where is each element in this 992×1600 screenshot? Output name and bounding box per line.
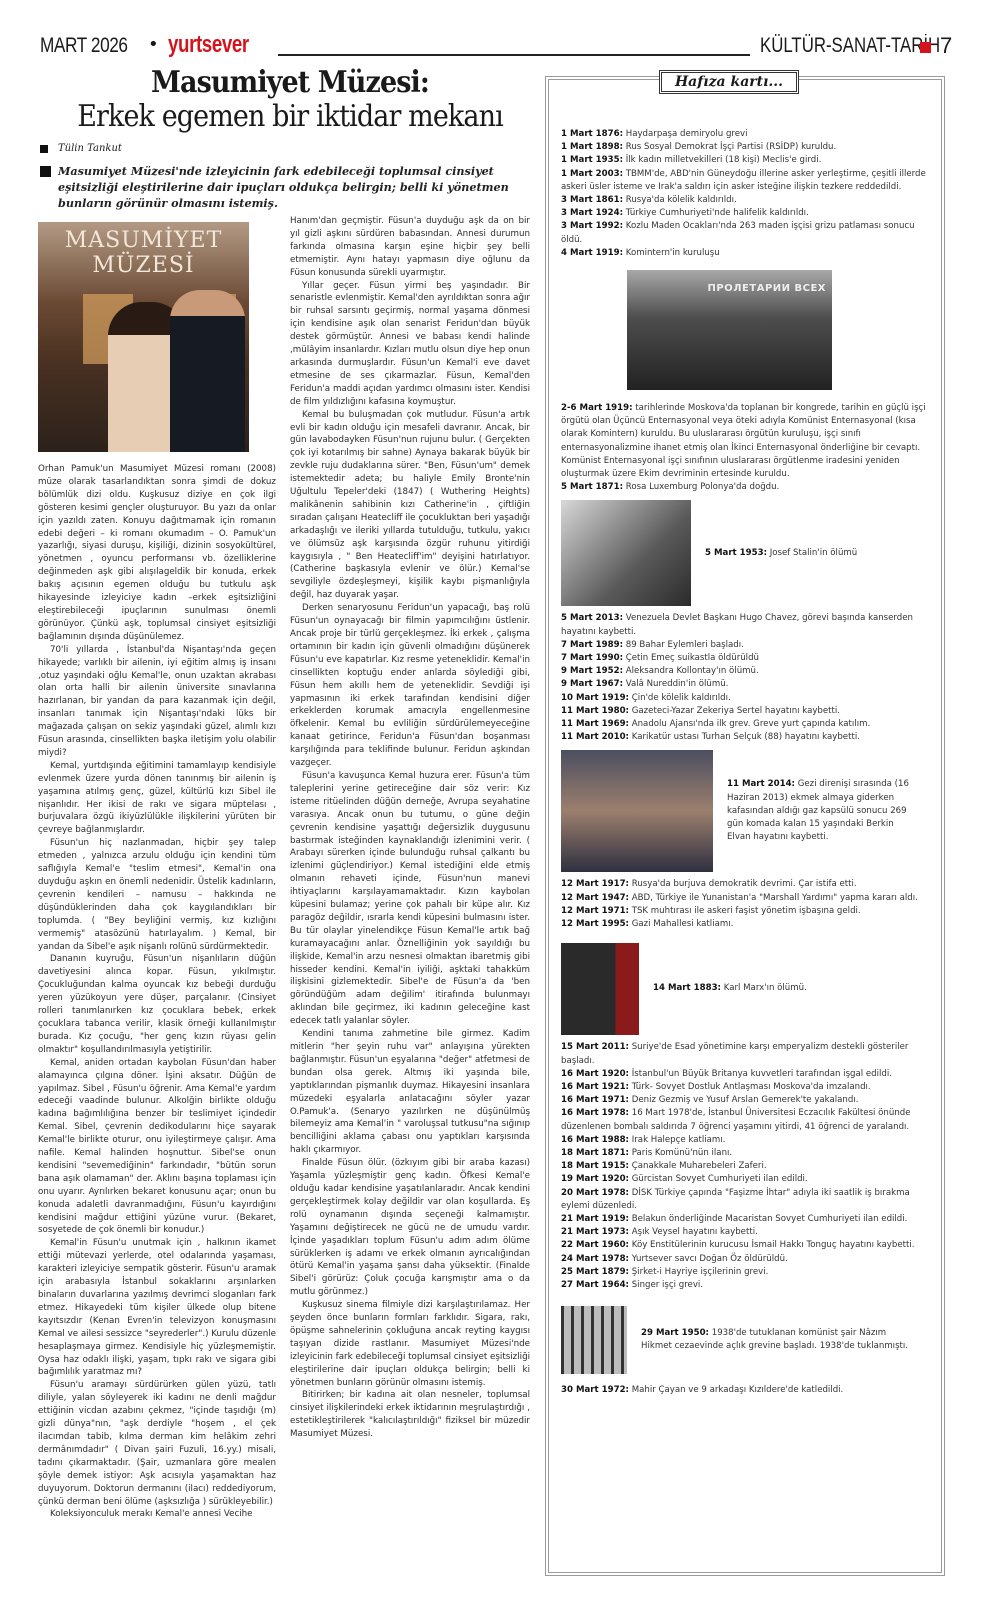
event-date: 11 Mart 1980:: [561, 706, 629, 716]
nazim-hikmet-prison-photo: [561, 1306, 627, 1374]
section-name: KÜLTÜR-SANAT-TARİH: [760, 34, 940, 58]
event-date: 12 Mart 1995:: [561, 919, 629, 929]
timeline-item: 22 Mart 1960: Köy Enstitülerinin kurucus…: [561, 1239, 931, 1252]
timeline-item: 11 Mart 1980: Gazeteci-Yazar Zekeriya Se…: [561, 705, 931, 718]
issue-date: MART 2026: [40, 34, 128, 58]
poster-title-line-2: MÜZESİ: [38, 253, 249, 278]
timeline-item: 3 Mart 1924: Türkiye Cumhuriyeti'nde hal…: [561, 207, 931, 220]
timeline-item: 15 Mart 2011: Suriye'de Esad yönetimine …: [561, 1041, 931, 1067]
event-date: 21 Mart 1973:: [561, 1227, 629, 1237]
timeline-item: 18 Mart 1915: Çanakkale Muharebeleri Zaf…: [561, 1160, 931, 1173]
event-text: Rusya'da burjuva demokratik devrimi. Çar…: [629, 879, 857, 889]
event-date: 3 Mart 1924:: [561, 208, 623, 218]
event-text: Irak Halepçe katliamı.: [629, 1135, 725, 1145]
publication-logo: yurtsever: [168, 31, 249, 59]
event-date: 1 Mart 1876:: [561, 129, 623, 139]
event-date: 16 Mart 1971:: [561, 1095, 629, 1105]
stalin-entry: 5 Mart 1953: Josef Stalin'in ölümü: [561, 500, 931, 606]
paragraph: Orhan Pamuk'un Masumiyet Müzesi romanı (…: [38, 463, 276, 644]
timeline-item: 16 Mart 1978: 16 Mart 1978'de, İstanbul …: [561, 1107, 931, 1133]
paragraph: Kuşkusuz sinema filmiyle dizi karşılaştı…: [290, 1299, 530, 1389]
event-text: ABD, Türkiye ile Yunanistan'a "Marshall …: [629, 893, 918, 903]
timeline-item: 11 Mart 2010: Karikatür ustası Turhan Se…: [561, 731, 931, 744]
timeline-item: 5 Mart 1871: Rosa Luxemburg Polonya'da d…: [561, 481, 931, 494]
event-text: Rosa Luxemburg Polonya'da doğdu.: [623, 482, 779, 492]
berkin-elvan-photo: [561, 750, 713, 872]
timeline-item: 16 Mart 1921: Türk- Sovyet Dostluk Antla…: [561, 1081, 931, 1094]
event-date: 1 Mart 1935:: [561, 155, 623, 165]
event-text: İlk kadın milletvekilleri (18 kişi) Mecl…: [623, 155, 821, 165]
timeline-item: 16 Mart 1988: Irak Halepçe katliamı.: [561, 1134, 931, 1147]
timeline-item: 19 Mart 1920: Gürcistan Sovyet Cumhuriye…: [561, 1173, 931, 1186]
event-date: 5 Mart 1871:: [561, 482, 623, 492]
memory-card-sidebar: Hafıza kartı... 1 Mart 1876: Haydarpaşa …: [545, 76, 945, 1576]
timeline-item: 12 Mart 1971: TSK muhtırası ile askeri f…: [561, 905, 931, 918]
header-rule: [278, 54, 750, 56]
timeline-item: 5 Mart 1953: Josef Stalin'in ölümü: [691, 547, 857, 560]
event-text: Çetin Emeç suikastla öldürüldü: [623, 653, 759, 663]
event-date: 4 Mart 1919:: [561, 248, 623, 258]
timeline-item: 14 Mart 1883: Karl Marx'ın ölümü.: [639, 982, 807, 995]
event-date: 18 Mart 1915:: [561, 1161, 629, 1171]
event-date: 12 Mart 1971:: [561, 906, 629, 916]
timeline-item: 1 Mart 2003: TBMM'de, ABD'nin Güneydoğu …: [561, 168, 931, 194]
timeline-item: 11 Mart 1969: Anadolu Ajansı'nda ilk gre…: [561, 718, 931, 731]
marx-entry: 14 Mart 1883: Karl Marx'ın ölümü.: [561, 943, 931, 1035]
page-number: 7: [940, 33, 952, 59]
poster-figure-man: [170, 290, 245, 452]
paragraph: Derken senaryosunu Feridun'un yapacağı, …: [290, 602, 530, 770]
poster-title-line-1: MASUMİYET: [38, 228, 249, 253]
red-square-icon: [920, 42, 931, 53]
event-text: Paris Komünü'nün ilanı.: [629, 1148, 732, 1158]
poster-title: MASUMİYET MÜZESİ: [38, 228, 249, 278]
banner-text: ПРОЛЕТАРИИ ВСЕХ: [708, 282, 826, 295]
event-date: 20 Mart 1978:: [561, 1188, 629, 1198]
event-text: tarihlerinde Moskova'da toplanan bir kon…: [561, 403, 926, 479]
paragraph: Koleksiyonculuk merakı Kemal'e annesi Ve…: [38, 1508, 276, 1521]
timeline-item: 16 Mart 1971: Deniz Gezmiş ve Yusuf Arsl…: [561, 1094, 931, 1107]
paragraph: Füsun'un hiç nazlanmadan, hiçbir şey tal…: [38, 837, 276, 953]
timeline-item: 7 Mart 1990: Çetin Emeç suikastla öldürü…: [561, 652, 931, 665]
timeline-item: 30 Mart 1972: Mahir Çayan ve 9 arkadaşı …: [561, 1384, 931, 1397]
timeline-item: 9 Mart 1967: Valâ Nureddin'in ölümü.: [561, 678, 931, 691]
byline: Tülin Tankut: [40, 143, 122, 154]
timeline-item: 12 Mart 1947: ABD, Türkiye ile Yunanista…: [561, 892, 931, 905]
nazim-hikmet-entry: 29 Mart 1950: 1938'de tutuklanan komünis…: [561, 1306, 931, 1374]
masthead: MART 2026 • yurtsever KÜLTÜR-SANAT-TARİH…: [40, 32, 955, 62]
comintern-congress-photo: ПРОЛЕТАРИИ ВСЕХ: [627, 270, 832, 390]
paragraph: Kemal'in Füsun'u unutmak için , halkının…: [38, 1237, 276, 1379]
event-text: Karikatür ustası Turhan Selçuk (88) haya…: [629, 732, 860, 742]
timeline-item: 12 Mart 1917: Rusya'da burjuva demokrati…: [561, 878, 931, 891]
event-text: Belakun önderliğinde Macaristan Sovyet C…: [629, 1214, 907, 1224]
event-text: 89 Bahar Eylemleri başladı.: [623, 640, 744, 650]
event-text: Gazeteci-Yazar Zekeriya Sertel hayatını …: [629, 706, 840, 716]
event-text: Valâ Nureddin'in ölümü.: [623, 679, 728, 689]
event-text: Çanakkale Muharebeleri Zaferi.: [629, 1161, 767, 1171]
timeline-item: 27 Mart 1964: Singer işçi grevi.: [561, 1279, 931, 1292]
event-date: 11 Mart 2014:: [727, 779, 795, 789]
event-date: 16 Mart 1978:: [561, 1108, 629, 1118]
timeline-item: 3 Mart 1992: Kozlu Maden Ocakları'nda 26…: [561, 220, 931, 246]
event-text: Aleksandra Kollontay'ın ölümü.: [623, 666, 759, 676]
lead-text: Masumiyet Müzesi'nde izleyicinin fark ed…: [58, 163, 525, 211]
paragraph: Kendini tanıma zahmetine bile girmez. Ka…: [290, 1028, 530, 1157]
timeline-item: 21 Mart 1973: Aşık Veysel hayatını kaybe…: [561, 1226, 931, 1239]
event-date: 11 Mart 2010:: [561, 732, 629, 742]
article-column-2: Hanım'dan geçmiştir. Füsun'a duyduğu aşk…: [290, 215, 530, 1441]
series-poster-image: MASUMİYET MÜZESİ: [38, 222, 249, 452]
event-date: 25 Mart 1879:: [561, 1267, 629, 1277]
event-date: 9 Mart 1967:: [561, 679, 623, 689]
event-date: 18 Mart 1871:: [561, 1148, 629, 1158]
event-text: Gürcistan Sovyet Cumhuriyeti ilan edildi…: [629, 1174, 808, 1184]
timeline-item: 25 Mart 1879: Şirket-i Hayriye işçilerin…: [561, 1266, 931, 1279]
event-date: 21 Mart 1919:: [561, 1214, 629, 1224]
event-date: 24 Mart 1978:: [561, 1254, 629, 1264]
event-text: Haydarpaşa demiryolu grevi: [623, 129, 748, 139]
timeline-item: 10 Mart 1919: Çin'de kölelik kaldırıldı.: [561, 692, 931, 705]
paragraph: Hanım'dan geçmiştir. Füsun'a duyduğu aşk…: [290, 215, 530, 280]
timeline-item: 1 Mart 1876: Haydarpaşa demiryolu grevi: [561, 128, 931, 141]
event-date: 12 Mart 1947:: [561, 893, 629, 903]
event-text: Rus Sosyal Demokrat İşçi Partisi (RSİDP)…: [623, 142, 836, 152]
event-text: Yurtsever savcı Doğan Öz öldürüldü.: [629, 1254, 788, 1264]
paragraph: Dananın kuyruğu, Füsun'un nişanlıların d…: [38, 953, 276, 1056]
timeline-item: 29 Mart 1950: 1938'de tutuklanan komünis…: [627, 1327, 911, 1353]
paragraph: Kemal, aniden ortadan kaybolan Füsun'dan…: [38, 1057, 276, 1238]
event-text: Rusya'da kölelik kaldırıldı.: [623, 195, 737, 205]
event-date: 1 Mart 1898:: [561, 142, 623, 152]
timeline-item: 2-6 Mart 1919: tarihlerinde Moskova'da t…: [561, 402, 931, 481]
event-text: Çin'de kölelik kaldırıldı.: [629, 693, 731, 703]
paragraph: Kemal, yurtdışında eğitimini tamamlayıp …: [38, 760, 276, 837]
event-text: Deniz Gezmiş ve Yusuf Arslan Gemerek'te …: [629, 1095, 858, 1105]
event-date: 5 Mart 2013:: [561, 613, 623, 623]
timeline-item: 9 Mart 1952: Aleksandra Kollontay'ın ölü…: [561, 665, 931, 678]
event-date: 16 Mart 1921:: [561, 1082, 629, 1092]
bullet-separator: •: [148, 34, 159, 55]
timeline-item: 21 Mart 1919: Belakun önderliğinde Macar…: [561, 1213, 931, 1226]
event-date: 14 Mart 1883:: [653, 983, 721, 993]
event-text: İstanbul'un Büyük Britanya kuvvetleri ta…: [629, 1069, 892, 1079]
square-bullet-icon: [40, 145, 48, 153]
timeline-item: 5 Mart 2013: Venezuela Devlet Başkanı Hu…: [561, 612, 931, 638]
event-date: 16 Mart 1920:: [561, 1069, 629, 1079]
event-date: 29 Mart 1950:: [641, 1328, 709, 1338]
article-lead: Masumiyet Müzesi'nde izleyicinin fark ed…: [40, 163, 525, 211]
event-date: 3 Mart 1861:: [561, 195, 623, 205]
timeline-item: 4 Mart 1919: Komintern'in kuruluşu: [561, 247, 931, 260]
event-date: 7 Mart 1989:: [561, 640, 623, 650]
event-date: 3 Mart 1992:: [561, 221, 623, 231]
timeline-item: 1 Mart 1898: Rus Sosyal Demokrat İşçi Pa…: [561, 141, 931, 154]
event-text: Anadolu Ajansı'nda ilk grev. Greve yurt …: [629, 719, 870, 729]
event-text: Karl Marx'ın ölümü.: [721, 983, 807, 993]
timeline-item: 18 Mart 1871: Paris Komünü'nün ilanı.: [561, 1147, 931, 1160]
event-date: 2-6 Mart 1919:: [561, 403, 633, 413]
timeline-list: 1 Mart 1876: Haydarpaşa demiryolu grevi1…: [561, 128, 931, 1397]
paragraph: Füsun'u aramayı sürdürürken gülen yüzü, …: [38, 1379, 276, 1508]
paragraph: Finalde Füsun ölür. (özkıyım gibi bir ar…: [290, 1157, 530, 1299]
article-column-1: Orhan Pamuk'un Masumiyet Müzesi romanı (…: [38, 463, 276, 1521]
event-date: 10 Mart 1919:: [561, 693, 629, 703]
event-text: Mahir Çayan ve 9 arkadaşı Kızıldere'de k…: [629, 1385, 843, 1395]
headline-line-1: Masumiyet Müzesi:: [65, 66, 515, 100]
event-text: Gazi Mahallesi katliamı.: [629, 919, 733, 929]
paragraph: Füsun'a kavuşunca Kemal huzura erer. Füs…: [290, 770, 530, 1028]
event-date: 30 Mart 1972:: [561, 1385, 629, 1395]
event-text: Aşık Veysel hayatını kaybetti.: [629, 1227, 758, 1237]
stalin-photo: [561, 500, 691, 606]
event-text: Josef Stalin'in ölümü: [767, 548, 857, 558]
event-date: 7 Mart 1990:: [561, 653, 623, 663]
paragraph: Bitirirken; bir kadına ait olan nesneler…: [290, 1389, 530, 1441]
event-text: TSK muhtırası ile askeri faşist yönetim …: [629, 906, 861, 916]
event-text: Komintern'in kuruluşu: [623, 248, 720, 258]
timeline-item: 7 Mart 1989: 89 Bahar Eylemleri başladı.: [561, 639, 931, 652]
paragraph: 70'li yıllarda , İstanbul'da Nişantaşı'n…: [38, 644, 276, 760]
event-text: Köy Enstitülerinin kurucusu İsmail Hakkı…: [629, 1240, 915, 1250]
timeline-item: 11 Mart 2014: Gezi direnişi sırasında (1…: [713, 778, 917, 844]
event-date: 22 Mart 1960:: [561, 1240, 629, 1250]
event-text: Şirket-i Hayriye işçilerinin grevi.: [629, 1267, 768, 1277]
timeline-item: 24 Mart 1978: Yurtsever savcı Doğan Öz ö…: [561, 1253, 931, 1266]
event-text: Singer işçi grevi.: [629, 1280, 703, 1290]
event-date: 5 Mart 1953:: [705, 548, 767, 558]
event-date: 19 Mart 1920:: [561, 1174, 629, 1184]
headline-line-2: Erkek egemen bir iktidar mekanı: [65, 100, 515, 134]
sidebar-title: Hafıza kartı...: [659, 70, 799, 94]
timeline-item: 20 Mart 1978: DİSK Türkiye çapında "Faşi…: [561, 1187, 931, 1213]
berkin-elvan-entry: 11 Mart 2014: Gezi direnişi sırasında (1…: [561, 750, 931, 872]
author-name: Tülin Tankut: [58, 143, 122, 154]
paragraph: Kemal bu buluşmadan çok mutludur. Füsun'…: [290, 409, 530, 603]
event-date: 15 Mart 2011:: [561, 1042, 629, 1052]
timeline-item: 16 Mart 1920: İstanbul'un Büyük Britanya…: [561, 1068, 931, 1081]
timeline-item: 12 Mart 1995: Gazi Mahallesi katliamı.: [561, 918, 931, 931]
event-date: 9 Mart 1952:: [561, 666, 623, 676]
event-date: 11 Mart 1969:: [561, 719, 629, 729]
event-date: 16 Mart 1988:: [561, 1135, 629, 1145]
event-text: Türk- Sovyet Dostluk Antlaşması Moskova'…: [629, 1082, 871, 1092]
event-date: 27 Mart 1964:: [561, 1280, 629, 1290]
paragraph: Yıllar geçer. Füsun yirmi beş yaşındadır…: [290, 280, 530, 409]
square-bullet-icon: [40, 166, 51, 177]
event-text: Türkiye Cumhuriyeti'nde halifelik kaldır…: [623, 208, 809, 218]
timeline-item: 3 Mart 1861: Rusya'da kölelik kaldırıldı…: [561, 194, 931, 207]
event-date: 12 Mart 1917:: [561, 879, 629, 889]
event-date: 1 Mart 2003:: [561, 169, 623, 179]
timeline-item: 1 Mart 1935: İlk kadın milletvekilleri (…: [561, 154, 931, 167]
karl-marx-photo: [561, 943, 639, 1035]
article-headline: Masumiyet Müzesi: Erkek egemen bir iktid…: [40, 66, 540, 134]
